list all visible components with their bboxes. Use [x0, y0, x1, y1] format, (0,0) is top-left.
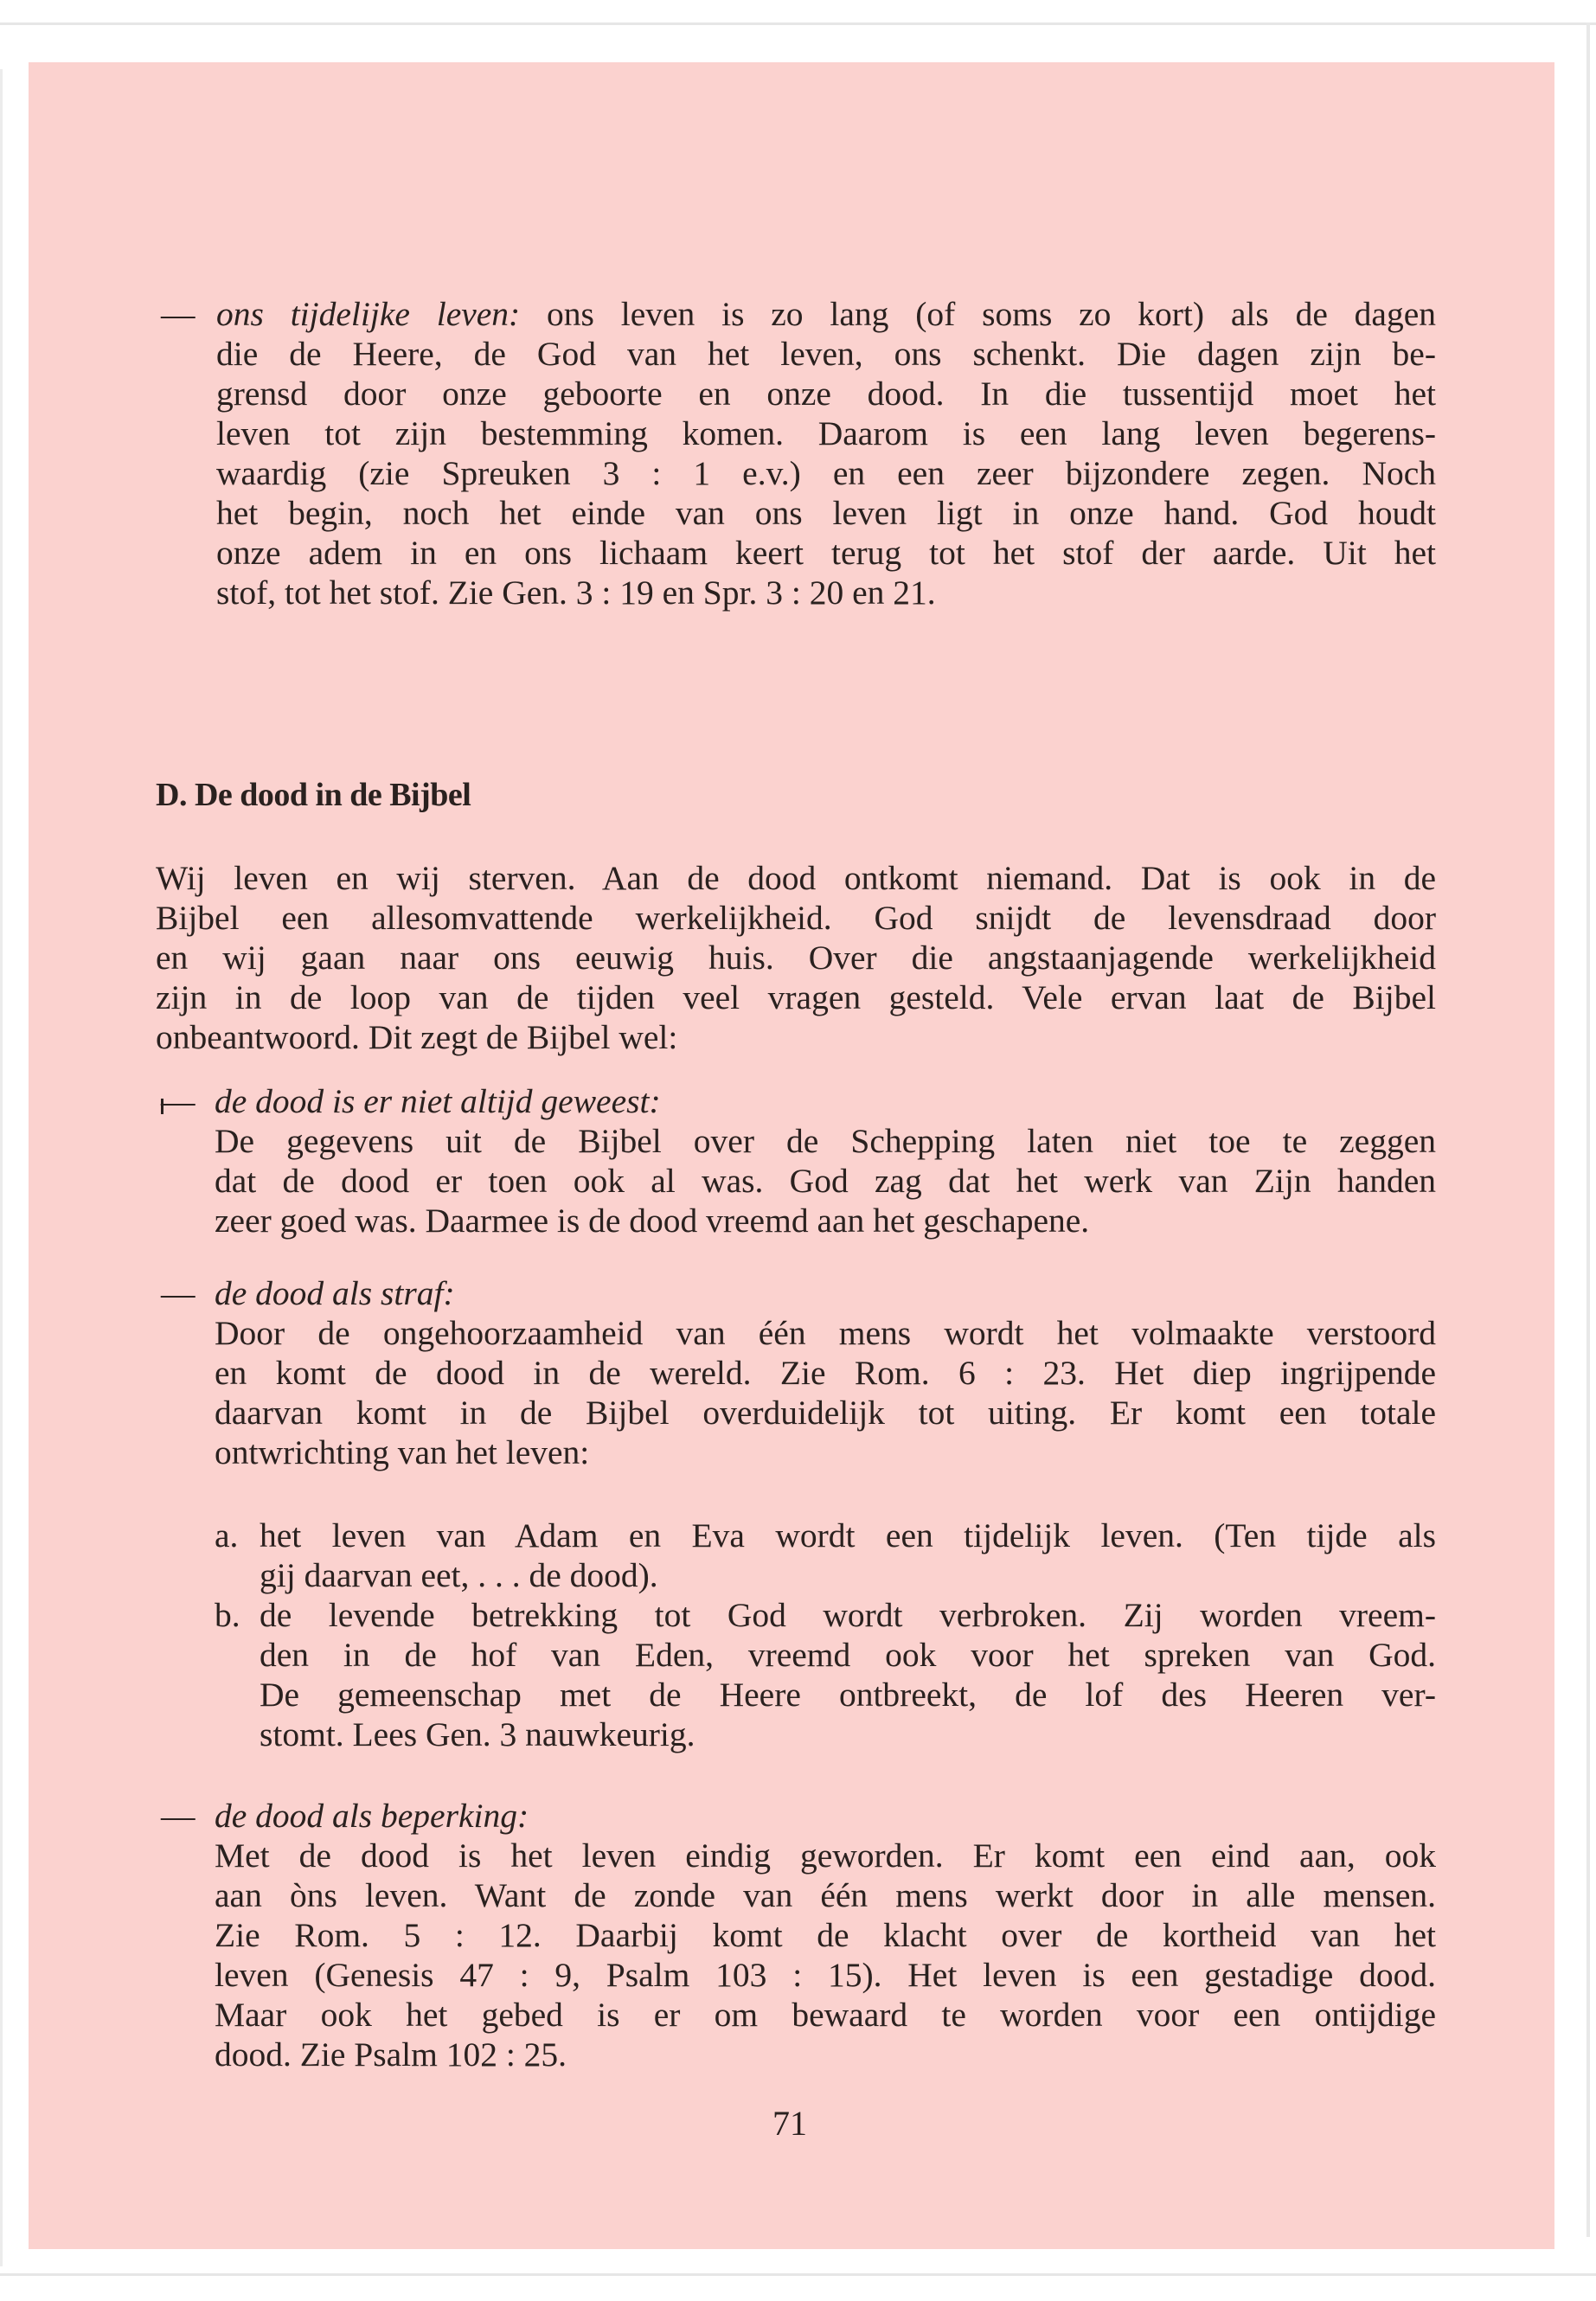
em-dash: — [161, 294, 195, 334]
intro-item-line-5: waardig (zie Spreuken 3 : 1 e.v.) en een… [216, 453, 1436, 493]
book-page: — ons tijdelijke leven: ons leven is zo … [29, 62, 1554, 2249]
intro-item-line-7: onze adem in en ons lichaam keert terug … [216, 533, 1436, 573]
sublist-line-2: gij daarvan eet, . . . de dood). [260, 1555, 1436, 1595]
item-line-2: aan òns leven. Want de zonde van één men… [215, 1875, 1436, 1915]
item-line-1: Door de ongehoorzaamheid van één mens wo… [215, 1313, 1436, 1353]
paragraph-line-2: Bijbel een allesomvattende werkelijkheid… [156, 898, 1436, 938]
item-line-1: De gegevens uit de Bijbel over de Schepp… [215, 1121, 1436, 1161]
intro-item-term: ons tijdelijke leven: [216, 295, 520, 333]
sublist-line-1: de levende betrekking tot God wordt verb… [260, 1595, 1436, 1635]
section-heading: D. De dood in de Bijbel [156, 775, 471, 815]
item-term: de dood is er niet altijd geweest: [215, 1081, 1436, 1121]
scan-edge-top [0, 22, 1596, 25]
intro-item-line-4: leven tot zijn bestemming komen. Daarom … [216, 413, 1436, 453]
paragraph-line-4: zijn in de loop van de tijden veel vrage… [156, 977, 1436, 1017]
paragraph-line-5: onbeantwoord. Dit zegt de Bijbel wel: [156, 1017, 1436, 1057]
item-line-3: Zie Rom. 5 : 12. Daarbij komt de klacht … [215, 1915, 1436, 1955]
scan-edge-left [0, 69, 3, 2266]
intro-item-line-6: het begin, noch het einde van ons leven … [216, 493, 1436, 533]
sublist-line-1: het leven van Adam en Eva wordt een tijd… [260, 1516, 1436, 1555]
sublist-line-3: De gemeenschap met de Heere ontbreekt, d… [260, 1675, 1436, 1715]
intro-item-line-8: stof, tot het stof. Zie Gen. 3 : 19 en S… [216, 573, 1436, 612]
em-dash: — [161, 1081, 195, 1121]
item-line-3: daarvan komt in de Bijbel overduidelijk … [215, 1393, 1436, 1433]
paragraph-line-3: en wij gaan naar ons eeuwig huis. Over d… [156, 938, 1436, 977]
sublist-line-2: den in de hof van Eden, vreemd ook voor … [260, 1635, 1436, 1675]
list-marker-b: b. [215, 1595, 240, 1635]
intro-item-line-2: die de Heere, de God van het leven, ons … [216, 334, 1436, 374]
item-line-2: en komt de dood in de wereld. Zie Rom. 6… [215, 1353, 1436, 1393]
paragraph-line-1: Wij leven en wij sterven. Aan de dood on… [156, 858, 1436, 898]
page-number: 71 [755, 2104, 824, 2144]
item-line-5: Maar ook het gebed is er om bewaard te w… [215, 1995, 1436, 2035]
list-marker-a: a. [215, 1516, 238, 1555]
item-term: de dood als straf: [215, 1273, 1436, 1313]
intro-item-line-1: ons tijdelijke leven: ons leven is zo la… [216, 294, 1436, 334]
intro-item-line-3: grensd door onze geboorte en onze dood. … [216, 374, 1436, 413]
item-line-3: zeer goed was. Daarmee is de dood vreemd… [215, 1201, 1436, 1240]
sublist-line-4: stomt. Lees Gen. 3 nauwkeurig. [260, 1715, 1436, 1754]
item-term: de dood als beperking: [215, 1796, 1436, 1836]
scan-edge-right [1586, 22, 1590, 2237]
scan-edge-bottom [0, 2273, 1596, 2276]
item-line-4: ontwrichting van het leven: [215, 1433, 1436, 1472]
em-dash: — [161, 1273, 195, 1313]
item-line-1: Met de dood is het leven eindig geworden… [215, 1836, 1436, 1875]
item-line-4: leven (Genesis 47 : 9, Psalm 103 : 15). … [215, 1955, 1436, 1995]
item-line-2: dat de dood er toen ook al was. God zag … [215, 1161, 1436, 1201]
item-line-6: dood. Zie Psalm 102 : 25. [215, 2035, 1436, 2074]
em-dash: — [161, 1796, 195, 1836]
